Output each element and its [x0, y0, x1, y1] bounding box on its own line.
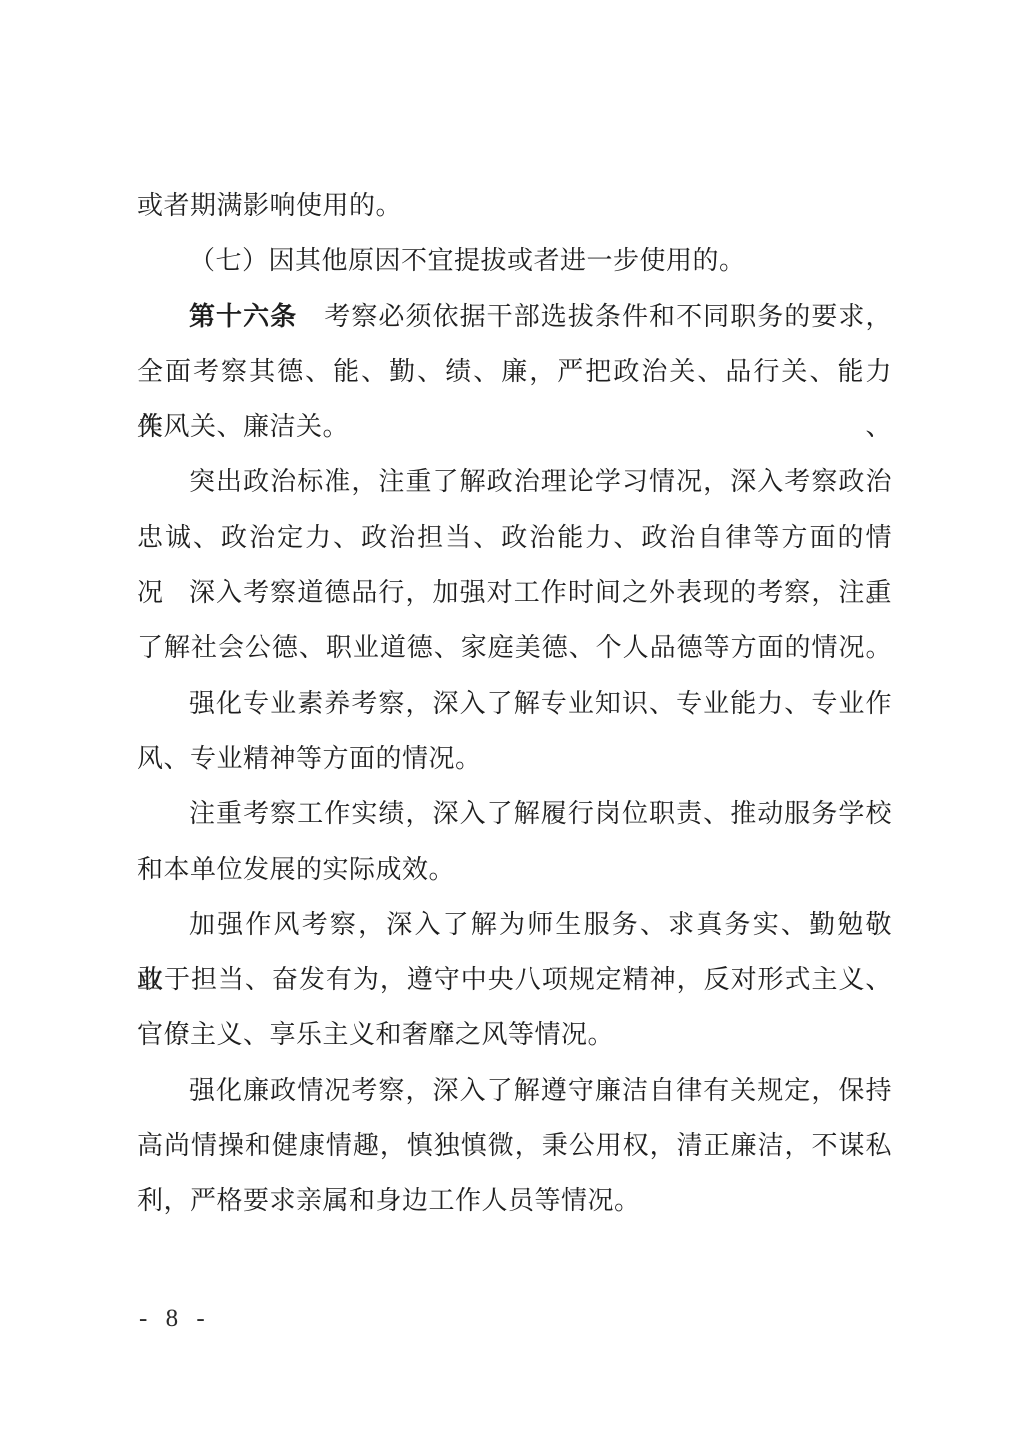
text-line: （七）因其他原因不宜提拔或者进一步使用的。	[137, 233, 892, 288]
text-line: 注重考察工作实绩，深入了解履行岗位职责、推动服务学校	[137, 786, 892, 841]
text-segment: 深入考察道德品行，加强对工作时间之外表现的考察，注重	[189, 578, 892, 607]
text-line: 风、专业精神等方面的情况。	[137, 731, 892, 786]
text-segment: 和本单位发展的实际成效。	[137, 855, 455, 884]
text-line: 强化廉政情况考察，深入了解遵守廉洁自律有关规定，保持	[137, 1063, 892, 1118]
text-segment: 风、专业精神等方面的情况。	[137, 744, 482, 773]
text-line: 或者期满影响使用的。	[137, 178, 892, 233]
text-line: 强化专业素养考察，深入了解专业知识、专业能力、专业作	[137, 676, 892, 731]
article-number: 第十六条	[189, 302, 297, 331]
text-segment: （七）因其他原因不宜提拔或者进一步使用的。	[189, 246, 746, 275]
text-line: 和本单位发展的实际成效。	[137, 842, 892, 897]
text-line: 利，严格要求亲属和身边工作人员等情况。	[137, 1173, 892, 1228]
text-line: 高尚情操和健康情趣，慎独慎微，秉公用权，清正廉洁，不谋私	[137, 1118, 892, 1173]
text-block: 或者期满影响使用的。（七）因其他原因不宜提拔或者进一步使用的。第十六条 考察必须…	[137, 178, 892, 1229]
text-line: 了解社会公德、职业道德、家庭美德、个人品德等方面的情况。	[137, 620, 892, 675]
text-segment: 了解社会公德、职业道德、家庭美德、个人品德等方面的情况。	[137, 633, 892, 662]
text-line: 忠诚、政治定力、政治担当、政治能力、政治自律等方面的情况。	[137, 510, 892, 565]
text-segment: 强化专业素养考察，深入了解专业知识、专业能力、专业作	[189, 689, 892, 718]
text-segment: 或者期满影响使用的。	[137, 191, 402, 220]
text-segment: 考察必须依据干部选拔条件和不同职务的要求，	[297, 302, 892, 331]
text-segment: 敢于担当、奋发有为，遵守中央八项规定精神，反对形式主义、	[137, 965, 892, 994]
text-segment: 高尚情操和健康情趣，慎独慎微，秉公用权，清正廉洁，不谋私	[137, 1131, 892, 1160]
text-segment: 强化廉政情况考察，深入了解遵守廉洁自律有关规定，保持	[189, 1076, 892, 1105]
text-line: 全面考察其德、能、勤、绩、廉，严把政治关、品行关、能力关、	[137, 344, 892, 399]
text-line: 敢于担当、奋发有为，遵守中央八项规定精神，反对形式主义、	[137, 952, 892, 1007]
text-line: 加强作风考察，深入了解为师生服务、求真务实、勤勉敬业、	[137, 897, 892, 952]
text-line: 突出政治标准，注重了解政治理论学习情况，深入考察政治	[137, 454, 892, 509]
text-segment: 利，严格要求亲属和身边工作人员等情况。	[137, 1186, 641, 1215]
document-page: 或者期满影响使用的。（七）因其他原因不宜提拔或者进一步使用的。第十六条 考察必须…	[0, 0, 1024, 1448]
text-line: 深入考察道德品行，加强对工作时间之外表现的考察，注重	[137, 565, 892, 620]
text-segment: 突出政治标准，注重了解政治理论学习情况，深入考察政治	[189, 467, 892, 496]
text-line: 官僚主义、享乐主义和奢靡之风等情况。	[137, 1007, 892, 1062]
text-segment: 注重考察工作实绩，深入了解履行岗位职责、推动服务学校	[189, 799, 892, 828]
text-line: 第十六条 考察必须依据干部选拔条件和不同职务的要求，	[137, 289, 892, 344]
text-segment: 作风关、廉洁关。	[137, 412, 349, 441]
text-segment: 官僚主义、享乐主义和奢靡之风等情况。	[137, 1020, 614, 1049]
page-number: - 8 -	[139, 1305, 208, 1333]
